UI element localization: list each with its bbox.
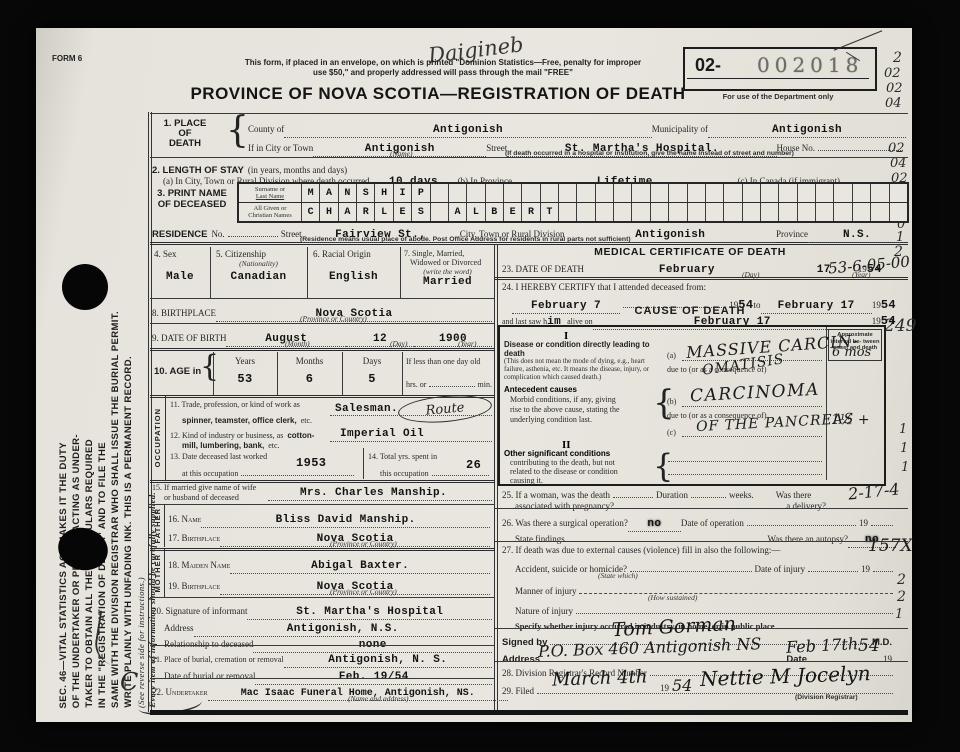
letter-cell: R (356, 203, 374, 221)
age-months-label: Months (277, 356, 342, 366)
rule (150, 645, 495, 646)
cause-a-label: (a) (667, 351, 676, 360)
racial-origin-value: English (307, 271, 400, 283)
marital-label-2: Widowed or Divorced (410, 258, 495, 267)
other-conditions-bold: Other significant conditions (504, 449, 610, 458)
industry-etc: etc. (268, 441, 279, 450)
burial-place-label: 21. Place of burial, cremation or remova… (152, 655, 284, 664)
scanned-death-certificate: FORM 6 SEC. 46—VITAL STATISTICS ACT MAKE… (0, 0, 960, 752)
industry-line (330, 441, 492, 442)
letter-cell: S (411, 203, 429, 221)
letter-cell: R (521, 203, 539, 221)
other-line-2 (668, 474, 822, 475)
operation-label: 26. Was there a surgical operation? (502, 518, 628, 528)
brace: { (653, 447, 673, 485)
letter-cell: M (301, 184, 319, 202)
printname-label-2: OF DECEASED (150, 199, 234, 210)
margin-mark: 02 (884, 66, 901, 81)
rule (150, 157, 908, 158)
residence-caption: (Residence means usual place of abode. P… (300, 236, 631, 243)
letter-cell: A (319, 184, 337, 202)
house-no-blank (818, 140, 903, 151)
letter-cell (576, 203, 594, 221)
dob-label: 9. DATE OF BIRTH (152, 333, 226, 343)
cause-b-label: (b) (667, 397, 676, 406)
father-birthplace-label: 17. Birthplace (168, 533, 220, 543)
surname-grid-row: Surname orLast Name MANSHIP (239, 184, 907, 202)
letter-cell (430, 203, 448, 221)
cause-1-note: (This does not mean the mode of dying, e… (504, 358, 664, 381)
age-less-row: hrs. or min. (406, 376, 492, 389)
letter-cell (852, 184, 870, 202)
letter-cell (448, 184, 466, 202)
total-years-label-2: this occupation (380, 469, 429, 478)
letter-cell: A (338, 203, 356, 221)
last-worked-value: 1953 (296, 456, 326, 470)
age-years-value: 53 (213, 372, 277, 386)
marital-note: (write the word) (400, 267, 495, 276)
antecedent-bold: Antecedent causes (504, 385, 577, 394)
cause-b-line (682, 406, 822, 407)
trade-line (330, 415, 492, 416)
cause-b-value: CARCINOMA (690, 380, 821, 407)
form-code: FORM 6 (52, 54, 82, 63)
residence-label: RESIDENCE (152, 229, 207, 240)
violence-label: 27. If death was due to external causes … (502, 545, 780, 555)
cause-c-line (682, 436, 822, 437)
letter-cell (797, 184, 815, 202)
letter-cell (558, 203, 576, 221)
letter-cell (833, 184, 851, 202)
mother-birthplace-row: 19. Birthplace Nova Scotia (168, 576, 490, 595)
street-caption: (If death occurred in a hospital or inst… (505, 150, 794, 157)
letter-cell (631, 203, 649, 221)
letter-cell (595, 184, 613, 202)
letter-cell (760, 184, 778, 202)
age-months-value: 6 (277, 372, 342, 386)
medical-title: MEDICAL CERTIFICATE OF DEATH (496, 246, 884, 258)
age-hrs-blank (429, 376, 474, 387)
letter-cell (631, 184, 649, 202)
leader (747, 515, 856, 526)
spouse-label-1: 15. If married give name of wife (152, 483, 256, 492)
leader (579, 583, 893, 594)
industry-value: Imperial Oil (340, 428, 424, 440)
surname-grid-label: Surname orLast Name (239, 184, 301, 202)
leader (691, 487, 726, 498)
manner-row: Manner of injury (515, 583, 896, 596)
letter-cell (705, 184, 723, 202)
letter-cell: H (374, 184, 392, 202)
father-name-label: 16. Name (168, 514, 201, 524)
cause-title: CAUSE OF DEATH (560, 305, 820, 317)
cause-of-death-box: CAUSE OF DEATH Approximate interval be- … (498, 325, 886, 486)
trade-etc: etc. (301, 416, 312, 425)
sidebar-line: IN THE "REGISTRATION OF DEATH" AND TO FI… (97, 442, 109, 708)
letter-cell: S (356, 184, 374, 202)
marital-label-1: 7. Single, Married, (404, 249, 495, 258)
letter-cell: N (338, 184, 356, 202)
letter-cell (430, 184, 448, 202)
mother-side-label: MOTHER (150, 549, 165, 597)
spouse-value: Mrs. Charles Manship. (300, 487, 447, 499)
letter-cell: L (466, 203, 484, 221)
sidebar-line: WRITE PLAINLY WITH UNFADING INK. THIS IS… (123, 356, 135, 708)
informant-label: 20. Signature of informant (152, 606, 247, 616)
spouse-line (268, 500, 492, 501)
citizenship-cell: 5. Citizenship (Nationality) Canadian (210, 249, 307, 283)
antecedent-note-1: Morbid conditions, if any, giving (510, 395, 616, 404)
letter-cell: A (448, 203, 466, 221)
margin-mark: 2 (893, 50, 902, 66)
letter-cell (668, 184, 686, 202)
letter-cell (723, 203, 741, 221)
trade-value: Salesman. (335, 403, 398, 415)
letter-cell: B (485, 203, 503, 221)
mother-maiden-row: 18. Maiden Name Abigal Baxter. (168, 555, 490, 574)
year-19: 19 (872, 300, 881, 310)
letter-cell: P (411, 184, 429, 202)
cell-divider (402, 352, 403, 395)
place-row-county: County of Antigonish Municipality of Ant… (248, 119, 906, 138)
registration-number-stamp: 002018 (757, 53, 863, 77)
age-less-label: If less than one day old (406, 357, 480, 366)
cause-b-interval: 1½ + (831, 412, 870, 428)
letter-cell: E (393, 203, 411, 221)
cause-1-bold: Disease or condition directly leading to… (504, 341, 664, 358)
punch-hole (62, 264, 108, 310)
attended-to-year: 54 (881, 298, 896, 312)
letter-cell (558, 184, 576, 202)
letter-cell: C (301, 203, 319, 221)
rule (150, 323, 495, 324)
rule (150, 298, 495, 299)
filed-year-value: 54 (672, 676, 692, 695)
year-19: 19 (883, 654, 892, 664)
marital-cell: 7. Single, Married, Widowed or Divorced … (400, 249, 495, 288)
antecedent-note-2: rise to the above cause, stating the (510, 405, 620, 414)
age-min-label: min. (478, 380, 492, 389)
given-grid-row: All Given orChristian Names CHARLESALBER… (239, 202, 907, 221)
mother-maiden-label: 18. Maiden Name (168, 560, 230, 570)
pen-mark-c: C (120, 668, 138, 696)
letter-cell (797, 203, 815, 221)
surname-cells: MANSHIP (301, 184, 907, 202)
letter-cell (705, 203, 723, 221)
municipality-label: Municipality of (652, 124, 708, 134)
signed-address-label: Address (502, 654, 540, 665)
letter-cell: E (503, 203, 521, 221)
leader (873, 561, 893, 572)
cause-c-label: (c) (667, 428, 676, 437)
father-name-value: Bliss David Manship. (201, 509, 490, 528)
letter-cell (760, 203, 778, 221)
father-birthplace-caption: (Province or Country) (330, 539, 397, 548)
letter-cell: T (540, 203, 558, 221)
state-which-caption: (State which) (598, 571, 638, 580)
letter-cell (870, 184, 888, 202)
pregnancy-row-2: associated with pregnancy? a delivery? (515, 498, 890, 511)
age-hrs-label: hrs. or (406, 380, 426, 389)
residence-street-label: Street (281, 229, 302, 239)
age-years-label: Years (213, 356, 277, 366)
letter-cell (778, 203, 796, 221)
birthplace-caption: (Province or Country) (300, 314, 367, 323)
letter-cell (815, 203, 833, 221)
age-label: 10. AGE in (154, 366, 201, 377)
autopsy-label: Was there an autopsy? (768, 534, 849, 544)
other-conditions-note-3: causing it. (510, 476, 543, 485)
letter-cell (687, 184, 705, 202)
county-value: Antigonish (284, 119, 651, 138)
letter-cell (687, 203, 705, 221)
dob-day-caption: (Day) (390, 339, 408, 348)
year-19: 19 (660, 683, 669, 693)
letter-cell (668, 203, 686, 221)
date-of-death-label: 23. DATE OF DEATH (502, 264, 584, 274)
undertaker-caption: (Name and address) (348, 694, 409, 703)
citizenship-note: (Nationality) (210, 259, 307, 268)
delivery-label-2: a delivery? (786, 501, 826, 511)
letter-cell (852, 203, 870, 221)
margin-mark: 04 (885, 96, 902, 111)
form-bottom-bar (150, 710, 908, 715)
margin-mark: 2 (897, 589, 906, 605)
cell-divider (363, 448, 364, 479)
citizenship-value: Canadian (210, 271, 307, 283)
rule (495, 277, 908, 280)
rule (150, 597, 495, 598)
letter-cell (503, 184, 521, 202)
marital-value: Married (400, 276, 495, 288)
findings-label: State findings (515, 534, 565, 544)
province-value: N.S. (808, 224, 906, 243)
certify-label: 24. I HEREBY CERTIFY that I attended dec… (502, 282, 706, 292)
letter-cell (870, 203, 888, 221)
letter-cell (466, 184, 484, 202)
letter-cell (815, 184, 833, 202)
sex-label: 4. Sex (154, 249, 210, 259)
last-worked-row: at this occupation (182, 465, 357, 478)
informant-address-label: Address (164, 623, 194, 633)
industry-label-2: mill, lumbering, bank, etc. (182, 435, 280, 453)
letter-cell: H (319, 203, 337, 221)
brace: { (226, 110, 249, 151)
undertaker-row: 22. Undertaker Mac Isaac Funeral Home, A… (152, 682, 508, 701)
nature-label: Nature of injury (515, 606, 573, 616)
filed-date-value: March 4th (552, 666, 648, 690)
spouse-label-2: or husband of deceased (164, 493, 239, 502)
rule (150, 504, 495, 505)
manner-label: Manner of injury (515, 586, 576, 596)
form-title: PROVINCE OF NOVA SCOTIA—REGISTRATION OF … (168, 84, 708, 104)
mother-birthplace-label: 19. Birthplace (168, 581, 220, 591)
burial-date-label: Date of burial or removal (164, 671, 255, 681)
mother-maiden-value: Abigal Baxter. (230, 555, 490, 574)
sex-value: Male (150, 271, 210, 283)
rule (150, 548, 495, 551)
department-note: For use of the Department only (683, 92, 873, 101)
letter-cell (485, 184, 503, 202)
margin-mark: 04 (890, 156, 907, 171)
registrar-caption: (Division Registrar) (795, 694, 858, 701)
violence-hand-note: 157X (868, 536, 913, 556)
birthplace-label: 8. BIRTHPLACE (152, 308, 216, 318)
letter-cell (742, 203, 760, 221)
total-years-label-1: 14. Total yrs. spent in (368, 452, 437, 461)
antecedent-note-3: underlying condition last. (510, 415, 592, 424)
leader (630, 561, 752, 572)
rule (495, 541, 908, 542)
other-line-1 (668, 461, 822, 462)
municipality-value: Antigonish (708, 119, 906, 138)
other-conditions-note-2: related to the disease or condition (510, 467, 618, 476)
undertaker-label: 22. Undertaker (152, 687, 208, 697)
rule (150, 113, 908, 114)
last-worked-label-1: 13. Date deceased last worked (170, 452, 267, 461)
mother-birthplace-caption: (Province or Country) (330, 587, 397, 596)
letter-cell (889, 203, 907, 221)
given-name-cells: CHARLESALBERT (301, 203, 907, 221)
letter-cell: I (393, 184, 411, 202)
letter-cell (521, 184, 539, 202)
letter-cell (778, 184, 796, 202)
dob-year: 1900 (414, 328, 492, 347)
city-label: If in City or Town (248, 143, 313, 153)
occupation-side-label: OCCUPATION (150, 396, 166, 480)
sidebar-line: TAKER TO OBTAIN ALL THE PARTICULARS REQU… (84, 439, 96, 708)
residence-no-label: No. (211, 229, 224, 239)
sidebar-line: OF THE UNDERTAKER OR PERSON ACTING AS UN… (71, 434, 83, 708)
letter-cell: L (374, 203, 392, 221)
leader (808, 561, 858, 572)
box-rule (687, 78, 869, 79)
margin-mark: 02 (886, 81, 903, 96)
father-side-label: FATHER (150, 504, 165, 547)
letter-cell (889, 184, 907, 202)
letter-cell (540, 184, 558, 202)
mail-note-line2: use $50," and properly addressed will pa… (208, 68, 678, 77)
total-years-value: 26 (466, 458, 481, 472)
dob-row: 9. DATE OF BIRTH August 12 1900 (152, 328, 492, 347)
pregnancy-label-2: associated with pregnancy? (515, 501, 614, 511)
letter-cell (595, 203, 613, 221)
margin-mark: 2 (897, 572, 906, 588)
date-of-death-row: 23. DATE OF DEATH February 17 19 54 (502, 259, 882, 278)
margin-mark: 1 (901, 460, 909, 475)
dob-year-caption: (Year) (458, 339, 476, 348)
filed-label: 29. Filed (502, 686, 534, 696)
injury-date-label: Date of injury (755, 564, 805, 574)
year-19: 19 (861, 564, 870, 574)
letter-cell (650, 184, 668, 202)
trade-label-1: 11. Trade, profession, or kind of work a… (170, 400, 300, 409)
citizenship-label: 5. Citizenship (216, 249, 307, 259)
cause-a-interval: 6 mos (832, 345, 871, 360)
given-grid-label: All Given orChristian Names (239, 203, 301, 221)
registration-prefix: 02- (695, 55, 721, 76)
letter-cell (650, 203, 668, 221)
letter-cell (576, 184, 594, 202)
rule (495, 508, 908, 509)
rule (150, 678, 495, 679)
sidebar-line: SEC. 46—VITAL STATISTICS ACT MAKES IT TH… (58, 442, 70, 708)
place-label-3: DEATH (152, 138, 218, 149)
letter-cell (833, 203, 851, 221)
county-label: County of (248, 124, 284, 134)
signed-year-value: 54 (858, 636, 880, 656)
accident-row: Accident, suicide or homicide? Date of i… (515, 561, 896, 574)
trade-examples: spinner, teamster, office clerk, (182, 416, 297, 425)
letter-cell (723, 184, 741, 202)
other-conditions-note-1: contributing to the death, but not (510, 458, 615, 467)
name-caption: (Name) (390, 149, 413, 158)
signed-date-value: Feb 17th (786, 634, 859, 657)
father-birthplace-row: 17. Birthplace Nova Scotia (168, 528, 490, 547)
printname-label-1: 3. PRINT NAME (150, 188, 234, 199)
how-sustained-caption: (How sustained) (648, 593, 697, 602)
age-days-value: 5 (342, 372, 402, 386)
year-19: 19 (859, 518, 868, 528)
letter-cell (613, 203, 631, 221)
province-label: Province (776, 229, 808, 239)
name-letter-grid: Surname orLast Name MANSHIP All Given or… (237, 182, 909, 223)
age-days-label: Days (342, 356, 402, 366)
margin-mark: 1 (899, 422, 907, 437)
industry-examples: mill, lumbering, bank, (182, 441, 264, 450)
informant-relationship-label: Relationship to deceased (164, 639, 253, 649)
dob-month-caption: (Month) (285, 339, 310, 348)
racial-origin-cell: 6. Racial Origin English (307, 249, 400, 283)
last-worked-label-2: at this occupation (182, 469, 238, 478)
industry-cotton: cotton- (287, 431, 314, 440)
leader (871, 515, 893, 526)
operation-date-label: Date of operation (681, 518, 744, 528)
letter-cell (613, 184, 631, 202)
margin-mark: 1 (895, 607, 903, 622)
letter-cell (742, 184, 760, 202)
leader (613, 487, 653, 498)
father-name-row: 16. Name Bliss David Manship. (168, 509, 490, 528)
racial-origin-label: 6. Racial Origin (313, 249, 400, 259)
residence-no-blank (228, 226, 278, 237)
sex-cell: 4. Sex Male (150, 249, 210, 283)
margin-mark: 1 (900, 441, 908, 456)
